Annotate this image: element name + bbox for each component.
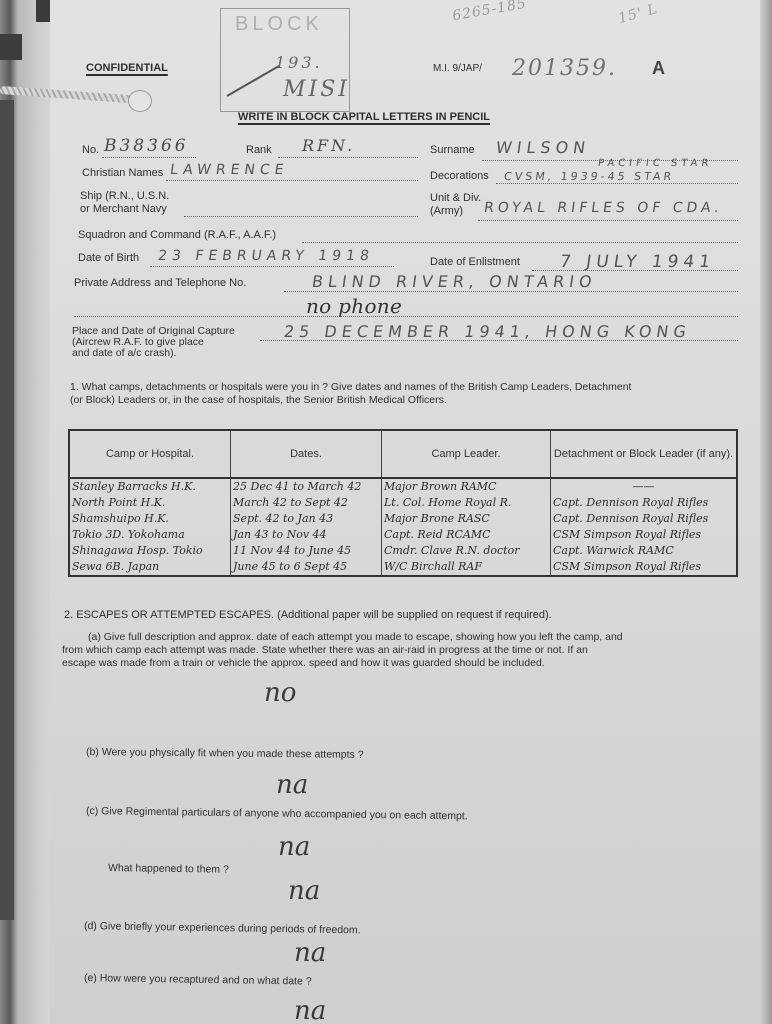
dates-cell: Sept. 42 to Jan 43 — [231, 511, 382, 527]
rank-label: Rank — [246, 144, 272, 156]
dates-cell: Jan 43 to Nov 44 — [231, 527, 382, 543]
surname-value: WILSON — [495, 138, 592, 157]
stamp-number: 193. — [275, 53, 323, 72]
stamp-code: MISI — [283, 77, 350, 102]
camp-cell: Tokio 3D. Yokohama — [69, 527, 231, 543]
unit-label-line1: Unit & Div. — [430, 192, 481, 204]
ship-label-line1: Ship (R.N., U.S.N. — [80, 190, 169, 202]
squadron-field-line — [302, 242, 738, 243]
field-line — [74, 316, 738, 317]
pencil-note: 6265-185 — [451, 0, 528, 24]
question2a-line1: (a) Give full description and approx. da… — [88, 631, 623, 643]
table-row: Shamshuipo H.K. Sept. 42 to Jan 43 Major… — [69, 511, 737, 527]
table-row: Stanley Barracks H.K. 25 Dec 41 to March… — [69, 478, 737, 495]
dates-cell: March 42 to Sept 42 — [231, 495, 382, 511]
column-header-dates: Dates. — [231, 430, 382, 478]
unit-label: Unit & Div. (Army) — [430, 192, 481, 218]
answer-2c: na — [278, 832, 310, 862]
question2-heading: 2. ESCAPES OR ATTEMPTED ESCAPES. (Additi… — [64, 609, 552, 621]
surname-label: Surname — [430, 144, 475, 156]
answer-2e: na — [294, 996, 326, 1024]
dates-cell: 11 Nov 44 to June 45 — [231, 543, 382, 559]
field-line — [166, 180, 418, 181]
decorations-value-line1: PACIFIC STAR — [597, 158, 713, 169]
camp-leader-cell: Major Brone RASC — [382, 511, 551, 527]
camp-cell: Sewa 6B. Japan — [69, 559, 231, 576]
enlistment-value: 7 JULY 1941 — [559, 252, 717, 272]
camp-leader-cell: Cmdr. Clave R.N. doctor — [382, 543, 551, 559]
unit-label-line2: (Army) — [430, 205, 463, 217]
camp-leader-cell: Capt. Reid RCAMC — [382, 527, 551, 543]
camp-cell: Shamshuipo H.K. — [69, 511, 231, 527]
field-line — [284, 291, 738, 292]
ship-field-line — [184, 216, 418, 217]
capture-label-line3: and date of a/c crash). — [72, 347, 176, 359]
address-value: BLIND RIVER, ONTARIO — [311, 272, 598, 291]
question1-text-line1: 1. What camps, detachments or hospitals … — [70, 381, 631, 393]
column-header-camp: Camp or Hospital. — [69, 430, 231, 478]
dob-value: 23 FEBRUARY 1918 — [157, 248, 375, 264]
document-page: 6265-185 15' L CONFIDENTIAL BLOCK 193. M… — [50, 0, 762, 1024]
capture-value: 25 DECEMBER 1941, HONG KONG — [283, 322, 692, 341]
answer-2a: no — [264, 678, 296, 708]
service-number-value: B38366 — [104, 136, 189, 156]
pencil-note: 15' L — [617, 1, 660, 27]
dates-cell: 25 Dec 41 to March 42 — [231, 478, 382, 495]
camp-leader-cell: W/C Birchall RAF — [382, 559, 551, 576]
ship-label-line2: or Merchant Navy — [80, 203, 167, 215]
enlistment-label: Date of Enlistment — [430, 256, 520, 268]
detachment-leader-cell: CSM Simpson Royal Rifles — [551, 559, 738, 576]
reference-prefix: M.I. 9/JAP/ — [433, 63, 482, 74]
question2c-text: (c) Give Regimental particulars of anyon… — [86, 805, 468, 822]
question2b-text: (b) Were you physically fit when you mad… — [86, 746, 364, 761]
folder-edge — [0, 100, 14, 920]
page-edge — [760, 0, 772, 1024]
block-stamp: BLOCK 193. MISI — [220, 8, 350, 112]
binder-clip — [0, 34, 22, 60]
dob-label: Date of Birth — [78, 252, 139, 264]
christian-names-value: LAWRENCE — [169, 162, 290, 178]
pencil-stroke — [227, 65, 280, 97]
unit-value: ROYAL RIFLES OF CDA. — [483, 200, 724, 216]
detachment-leader-cell: Capt. Warwick RAMC — [551, 543, 738, 559]
question1-text-line2: (or Block) Leaders or, in the case of ho… — [70, 394, 447, 406]
dates-cell: June 45 to 6 Sept 45 — [231, 559, 382, 576]
phone-value: no phone — [306, 294, 402, 318]
field-line — [102, 157, 196, 158]
answer-2d: na — [294, 938, 326, 968]
field-line — [478, 220, 738, 221]
field-line — [150, 266, 394, 267]
ship-label: Ship (R.N., U.S.N. or Merchant Navy — [80, 190, 169, 216]
field-line — [278, 157, 418, 158]
capture-label: Place and Date of Original Capture (Airc… — [72, 326, 235, 359]
detachment-leader-cell: Capt. Dennison Royal Rifles — [551, 511, 738, 527]
question2a-line3: escape was made from a train or vehicle … — [62, 657, 545, 669]
field-line — [496, 183, 738, 184]
camp-cell: Stanley Barracks H.K. — [69, 478, 231, 495]
question2a-line2: from which camp each attempt was made. S… — [62, 644, 588, 656]
camps-table: Camp or Hospital. Dates. Camp Leader. De… — [68, 429, 738, 577]
camp-cell: North Point H.K. — [69, 495, 231, 511]
instruction-heading: WRITE IN BLOCK CAPITAL LETTERS IN PENCIL — [238, 111, 490, 123]
no-label: No. — [82, 144, 99, 156]
classification-label: CONFIDENTIAL — [86, 62, 168, 74]
detachment-leader-cell: Capt. Dennison Royal Rifles — [551, 495, 738, 511]
decorations-label: Decorations — [430, 170, 489, 182]
answer-2b: na — [276, 770, 308, 800]
detachment-leader-cell: —— — [551, 478, 738, 495]
camp-cell: Shinagawa Hosp. Tokio — [69, 543, 231, 559]
reference-suffix: A — [652, 58, 665, 79]
table-header-row: Camp or Hospital. Dates. Camp Leader. De… — [69, 430, 737, 478]
table-row: Sewa 6B. Japan June 45 to 6 Sept 45 W/C … — [69, 559, 737, 576]
detachment-leader-cell: CSM Simpson Royal Rifles — [551, 527, 738, 543]
address-label: Private Address and Telephone No. — [74, 277, 246, 289]
reference-number: 201359. — [512, 56, 617, 81]
string-knot — [128, 90, 152, 112]
question2d-text: (d) Give briefly your experiences during… — [84, 920, 361, 936]
answer-2c-followup: na — [288, 876, 320, 906]
table-row: Tokio 3D. Yokohama Jan 43 to Nov 44 Capt… — [69, 527, 737, 543]
christian-names-label: Christian Names — [82, 167, 163, 179]
table-row: North Point H.K. March 42 to Sept 42 Lt.… — [69, 495, 737, 511]
column-header-detachment-leader: Detachment or Block Leader (if any). — [551, 430, 738, 478]
question2e-text: (e) How were you recaptured and on what … — [84, 972, 312, 988]
table-row: Shinagawa Hosp. Tokio 11 Nov 44 to June … — [69, 543, 737, 559]
camp-leader-cell: Lt. Col. Home Royal R. — [382, 495, 551, 511]
stamp-label: BLOCK — [235, 13, 323, 36]
decorations-value-line2: CVSM, 1939-45 STAR — [503, 170, 675, 183]
column-header-camp-leader: Camp Leader. — [382, 430, 551, 478]
question2c-followup-text: What happened to them ? — [108, 862, 229, 876]
squadron-label: Squadron and Command (R.A.F., A.A.F.) — [78, 229, 276, 241]
rank-value: RFN. — [302, 136, 355, 155]
camp-leader-cell: Major Brown RAMC — [382, 478, 551, 495]
